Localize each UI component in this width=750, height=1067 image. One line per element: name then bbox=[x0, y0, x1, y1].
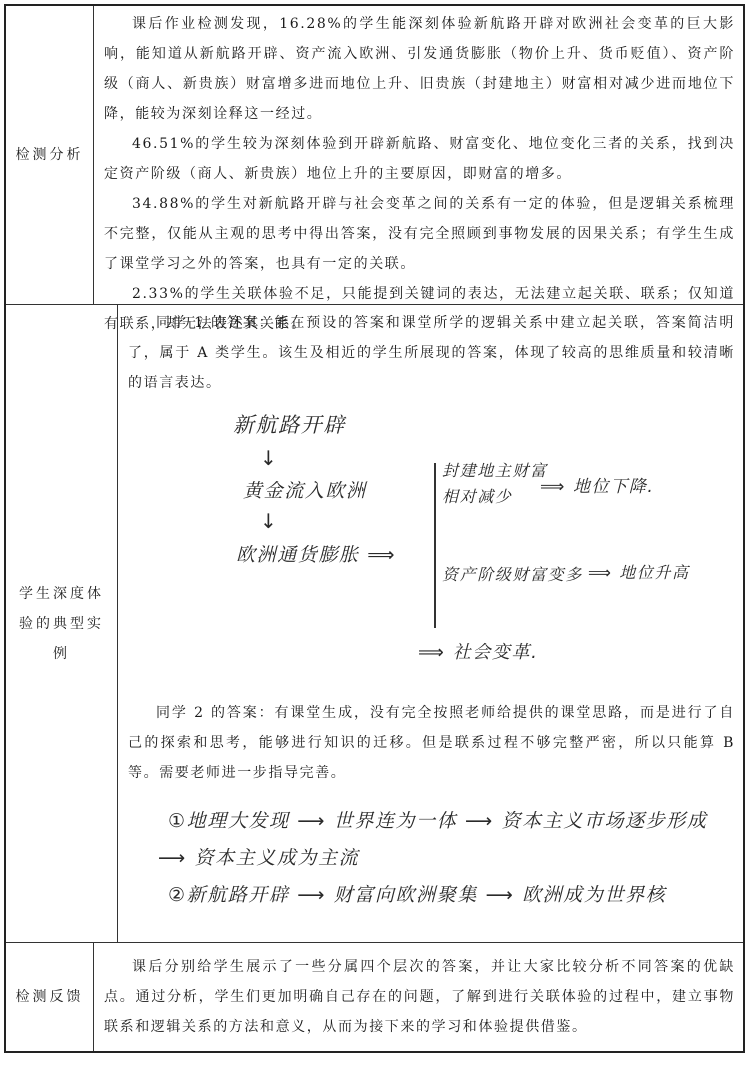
hw-line-3: ②新航路开辟 ⟶ 财富向欧洲聚集 ⟶ 欧洲成为世界核 bbox=[168, 880, 666, 910]
feedback-paragraph: 课后分别给学生展示了一些分属四个层次的答案，并让大家比较分析不同答案的优缺点。通… bbox=[104, 952, 735, 1042]
analysis-table: 检测分析 课后作业检测发现，16.28%的学生能深刻体验新航路开辟对欧洲社会变革… bbox=[4, 4, 745, 1053]
student2-handwritten-answer: ①地理大发现 ⟶ 世界连为一体 ⟶ 资本主义市场逐步形成 ⟶ 资本主义成为主流 … bbox=[128, 788, 735, 928]
hw-line-1: ①地理大发现 ⟶ 世界连为一体 ⟶ 资本主义市场逐步形成 bbox=[168, 806, 707, 836]
label-text: 检测反馈 bbox=[16, 982, 84, 1012]
detection-analysis-content: 课后作业检测发现，16.28%的学生能深刻体验新航路开辟对欧洲社会变革的巨大影响… bbox=[94, 6, 743, 304]
hw-status-decline: ⟹ 地位下降. bbox=[540, 472, 654, 502]
hw-relative-decrease: 相对减少 bbox=[442, 482, 512, 512]
down-arrow-icon: ↓ bbox=[260, 443, 278, 473]
label-text: 检测分析 bbox=[16, 140, 84, 170]
label-text: 学生深度体验的典型实例 bbox=[18, 579, 105, 669]
hw-line-2: ⟶ 资本主义成为主流 bbox=[158, 843, 359, 873]
row-detection-feedback: 检测反馈 课后分别给学生展示了一些分属四个层次的答案，并让大家比较分析不同答案的… bbox=[6, 942, 743, 1051]
analysis-paragraph: 34.88%的学生对新航路开辟与社会变革之间的关系有一定的体验，但是逻辑关系梳理… bbox=[104, 189, 735, 279]
hw-gold-inflow: 黄金流入欧洲 bbox=[243, 476, 367, 506]
hw-inflation: 欧洲通货膨胀 ⟹ bbox=[236, 540, 396, 570]
student2-description: 同学 2 的答案：有课堂生成，没有完全按照老师给提供的课堂思路，而是进行了自己的… bbox=[128, 698, 735, 788]
hw-bourgeois-wealth: 资产阶级财富变多 bbox=[442, 560, 583, 590]
typical-examples-content: 同学 1 的答案：能在预设的答案和课堂所学的逻辑关系中建立起关联，答案简洁明了，… bbox=[118, 305, 743, 942]
row-label-detection-analysis: 检测分析 bbox=[6, 6, 94, 304]
analysis-paragraph: 46.51%的学生较为深刻体验到开辟新航路、财富变化、地位变化三者的关系，找到决… bbox=[104, 129, 735, 189]
row-typical-examples: 学生深度体验的典型实例 同学 1 的答案：能在预设的答案和课堂所学的逻辑关系中建… bbox=[6, 304, 743, 942]
brace-line bbox=[434, 463, 436, 628]
student1-handwritten-answer: 新航路开辟 ↓ 黄金流入欧洲 ↓ 欧洲通货膨胀 ⟹ 封建地主财富 相对减少 ⟹ … bbox=[128, 398, 735, 698]
analysis-paragraph: 课后作业检测发现，16.28%的学生能深刻体验新航路开辟对欧洲社会变革的巨大影响… bbox=[104, 9, 735, 129]
row-label-detection-feedback: 检测反馈 bbox=[6, 943, 94, 1051]
hw-new-route: 新航路开辟 bbox=[233, 410, 346, 440]
row-label-typical-examples: 学生深度体验的典型实例 bbox=[6, 305, 118, 942]
hw-social-change: ⟹ 社会变革. bbox=[418, 638, 538, 668]
detection-feedback-content: 课后分别给学生展示了一些分属四个层次的答案，并让大家比较分析不同答案的优缺点。通… bbox=[94, 943, 743, 1051]
student1-description: 同学 1 的答案：能在预设的答案和课堂所学的逻辑关系中建立起关联，答案简洁明了，… bbox=[128, 308, 735, 398]
down-arrow-icon: ↓ bbox=[260, 506, 278, 536]
hw-status-rise: ⟹ 地位升高 bbox=[588, 558, 690, 588]
row-detection-analysis: 检测分析 课后作业检测发现，16.28%的学生能深刻体验新航路开辟对欧洲社会变革… bbox=[6, 6, 743, 304]
